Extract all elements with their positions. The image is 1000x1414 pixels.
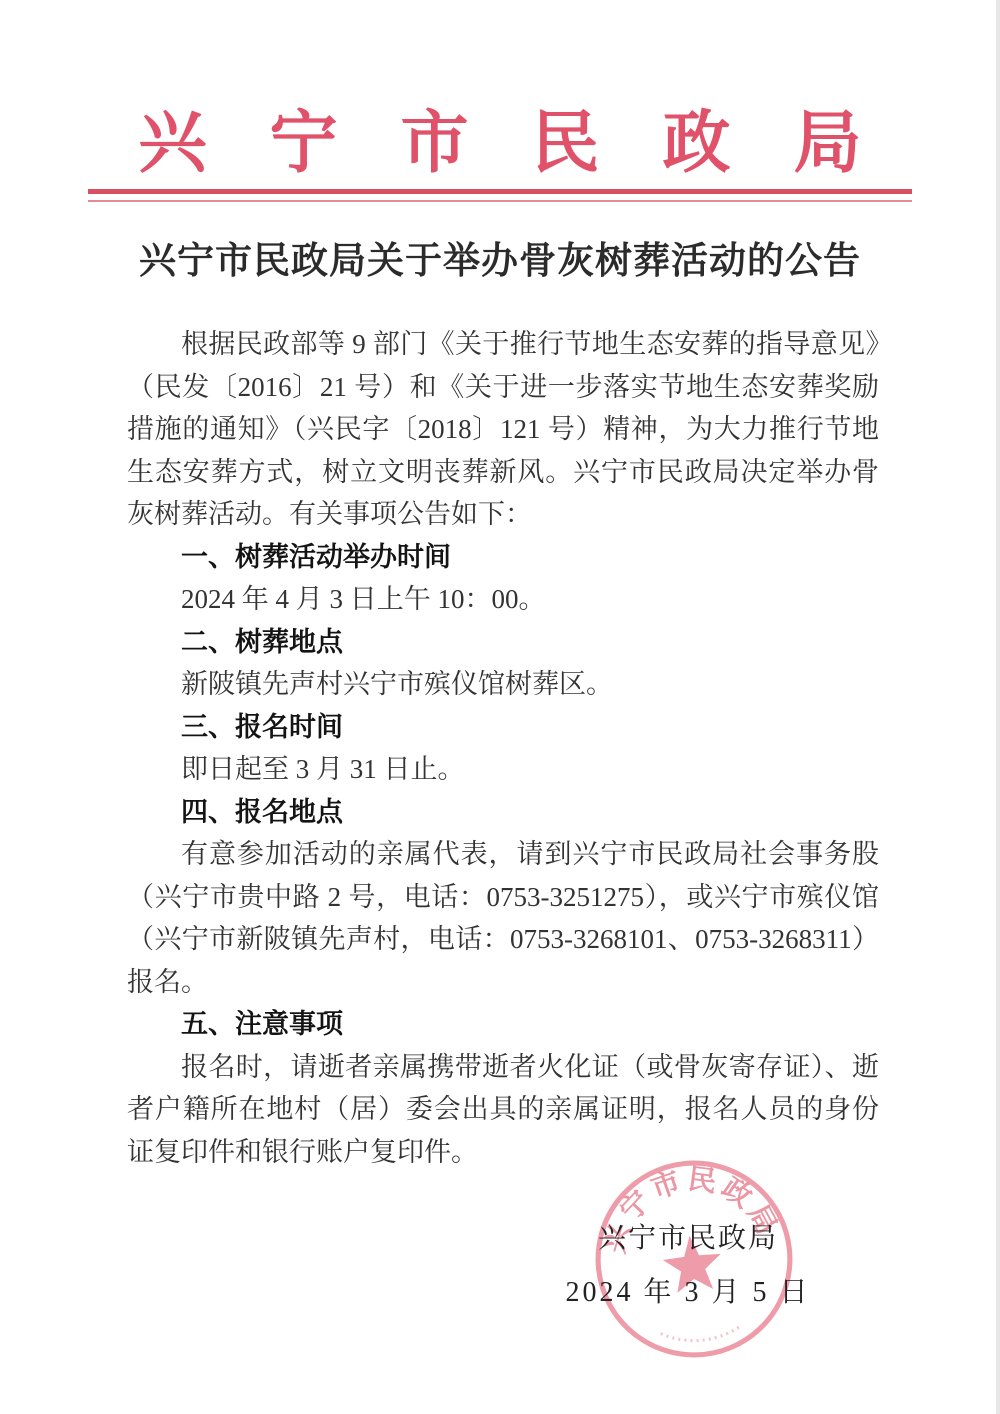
heading-section-4: 四、报名地点 — [127, 791, 879, 834]
header-rule-thick — [88, 189, 912, 194]
document-title: 兴宁市民政局关于举办骨灰树葬活动的公告 — [0, 237, 1000, 287]
signature-block: 兴宁市民政局 2024 年 3 月 5 日 — [498, 1218, 878, 1314]
heading-section-5: 五、注意事项 — [127, 1003, 879, 1046]
scan-edge-artifact — [996, 0, 1000, 1414]
signature-date: 2024 年 3 月 5 日 — [498, 1272, 878, 1314]
paragraph-intro: 根据民政部等 9 部门《关于推行节地生态安葬的指导意见》（民发〔2016〕21 … — [127, 323, 879, 536]
section-1-text: 2024 年 4 月 3 日上午 10：00。 — [127, 578, 879, 621]
section-4-text: 有意参加活动的亲属代表，请到兴宁市民政局社会事务股（兴宁市贵中路 2 号，电话：… — [127, 833, 879, 1003]
heading-section-2: 二、树葬地点 — [127, 621, 879, 664]
document-body: 根据民政部等 9 部门《关于推行节地生态安葬的指导意见》（民发〔2016〕21 … — [127, 323, 879, 1173]
heading-section-3: 三、报名时间 — [127, 706, 879, 749]
heading-section-1: 一、树葬活动举办时间 — [127, 536, 879, 579]
org-header-title: 兴宁市民政局 — [0, 100, 1000, 186]
notice-page: 兴宁市民政局 兴宁市民政局关于举办骨灰树葬活动的公告 根据民政部等 9 部门《关… — [0, 0, 1000, 1414]
section-3-text: 即日起至 3 月 31 日止。 — [127, 748, 879, 791]
seal-serial-arc — [661, 1325, 743, 1344]
signature-org-name: 兴宁市民政局 — [498, 1218, 878, 1260]
section-2-text: 新陂镇先声村兴宁市殡仪馆树葬区。 — [127, 663, 879, 706]
header-rule-thin — [88, 200, 912, 202]
